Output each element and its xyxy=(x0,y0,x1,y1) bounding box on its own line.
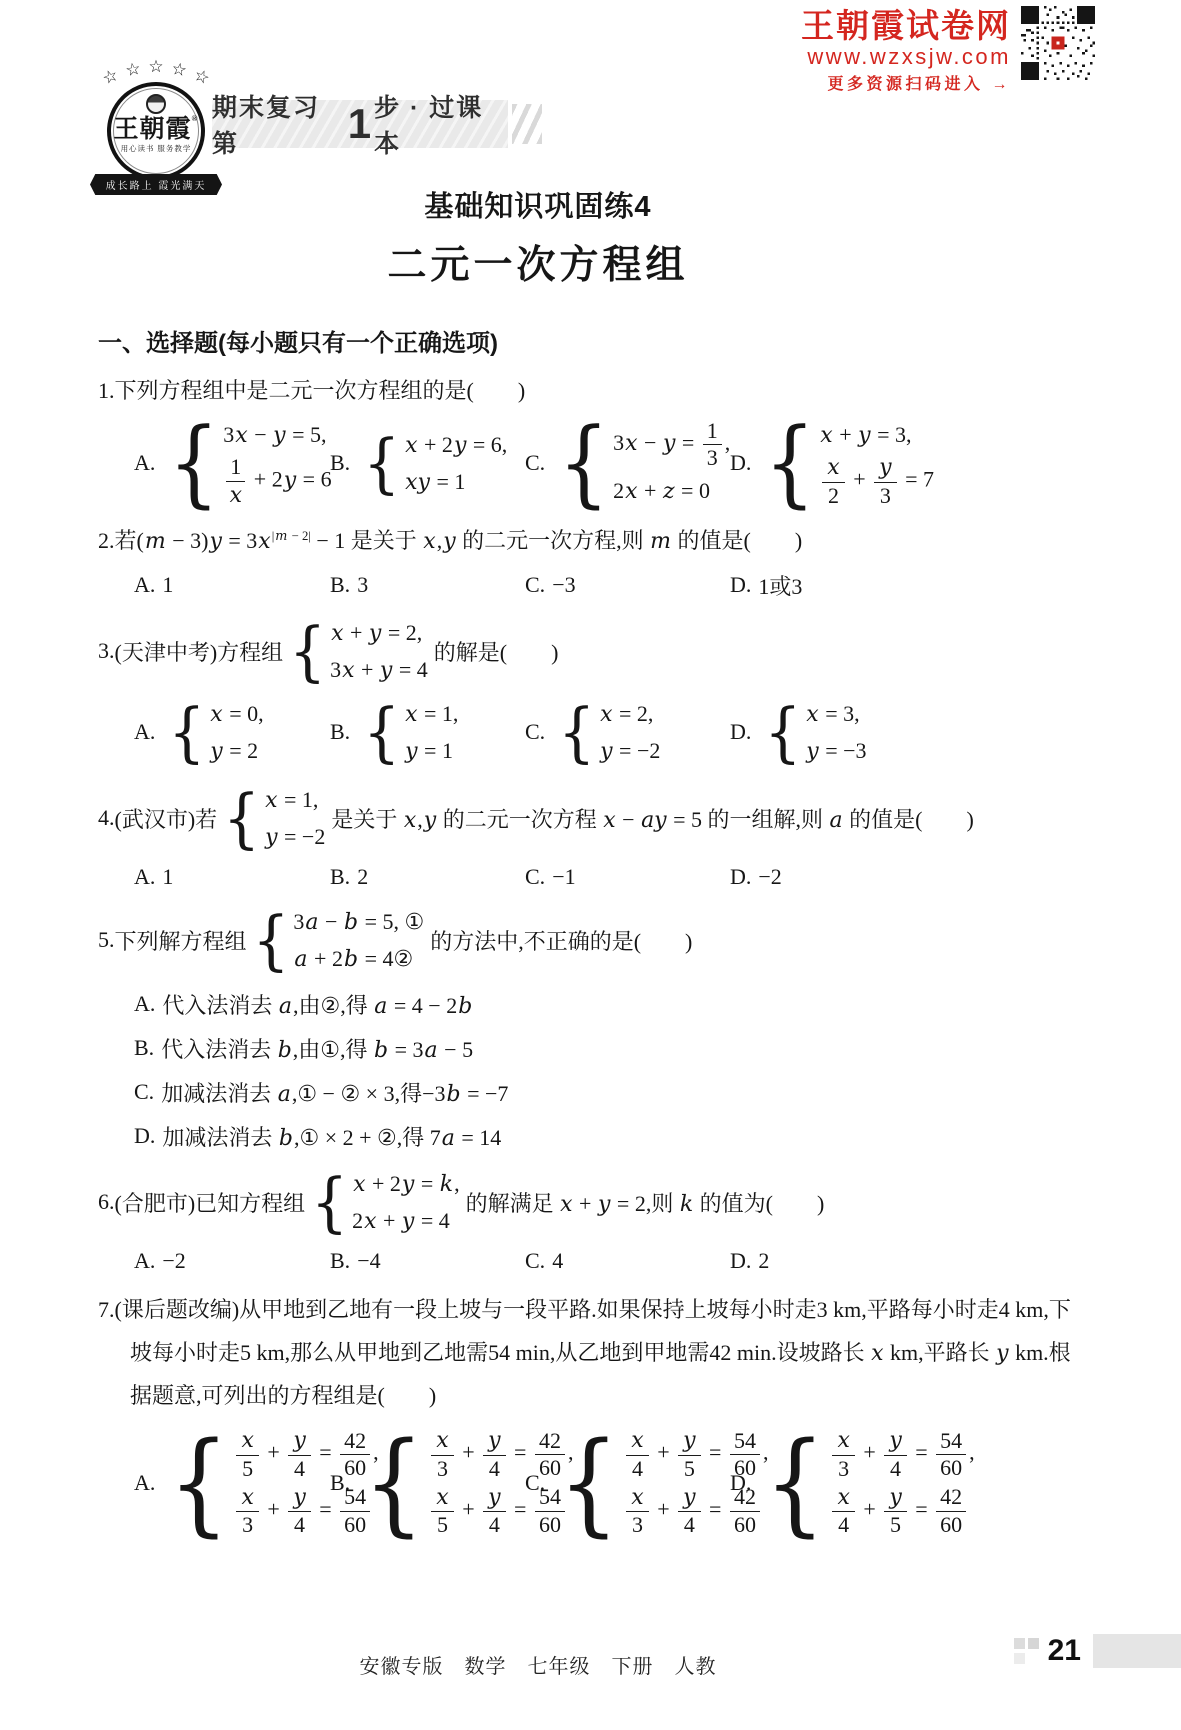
star-icon: ☆ xyxy=(169,60,188,86)
equation-system: {x = 1,y = 1 xyxy=(363,697,458,768)
system-rows: x = 2,y = −2 xyxy=(599,697,660,768)
question-6-options: A.−2 B.−4 C.4 D.2 xyxy=(134,1248,1084,1274)
system-rows: 3a − b = 5, ①a + 2b = 4② xyxy=(293,905,424,976)
question-7-stem: 7.(课后题改编)从甲地到乙地有一段上坡与一段平路.如果保持上坡每小时走3 km… xyxy=(98,1289,1084,1419)
page-title: 二元一次方程组 xyxy=(98,234,978,290)
system-rows: x = 1,y = 1 xyxy=(404,697,458,768)
option-label: C. xyxy=(525,1470,545,1496)
brand-logo: ☆☆☆☆☆ 王朝霞® 用心读书 服务教学 成长路上 霞光满天 xyxy=(88,58,224,195)
option-B: B.代入法消去 b,由①,得 b = 3a − 5 xyxy=(134,1033,1084,1064)
brace-icon: { xyxy=(764,416,815,510)
option-text: −2 xyxy=(162,1248,185,1274)
option-text: −4 xyxy=(357,1248,380,1274)
option-text: −3 xyxy=(552,572,575,598)
option-label: C. xyxy=(525,1248,545,1274)
question-text: 下列方程组中是二元一次方程组的是( ) xyxy=(115,378,526,403)
option-A: A.代入法消去 a,由②,得 a = 4 − 2b xyxy=(134,989,1084,1020)
option-text: −2 xyxy=(758,864,781,890)
star-icon: ☆ xyxy=(100,66,123,94)
equation-system: {x + y = 3,x2 + y3 = 7 xyxy=(764,418,934,508)
question-6: 6. (合肥市)已知方程组 {x + 2y = k,2x + y = 4 的解满… xyxy=(98,1167,1084,1274)
option-label: C. xyxy=(525,572,545,598)
option-label: B. xyxy=(330,864,350,890)
page-number: 21 xyxy=(1048,1634,1081,1668)
system-rows: 3x − y = 5,1x + 2y = 6 xyxy=(223,418,331,508)
option-C: C.4 xyxy=(525,1248,730,1274)
band-stripes-decoration xyxy=(512,104,542,144)
question-2: 2.若(m − 3)y = 3x|m − 2| − 1 是关于 x,y 的二元一… xyxy=(98,523,1084,600)
question-3-stem: 3. (天津中考)方程组 {x + y = 2,3x + y = 4 的解是( … xyxy=(98,616,1084,687)
option-label: A. xyxy=(134,1470,155,1496)
system-rows: x = 1,y = −2 xyxy=(264,783,325,854)
option-B: B.−4 xyxy=(330,1248,525,1274)
logo-ribbon: 成长路上 霞光满天 xyxy=(90,174,222,195)
option-text: 代入法消去 a,由②,得 a = 4 − 2b xyxy=(162,989,473,1020)
option-label: D. xyxy=(730,572,751,598)
option-text: 1或3 xyxy=(758,570,802,601)
question-number: 7. xyxy=(98,1297,115,1322)
question-1: 1.下列方程组中是二元一次方程组的是( ) A.{3x − y = 5,1x +… xyxy=(98,373,1084,508)
option-C: C.{x4 + y5 = 5460,x3 + y4 = 4260 xyxy=(525,1428,730,1538)
worksheet-page: { "header": { "site_name": "王朝霞试卷网", "si… xyxy=(0,0,1181,1730)
option-label: D. xyxy=(134,1123,155,1149)
question-text: 若(m − 3)y = 3x|m − 2| − 1 是关于 x,y 的二元一次方… xyxy=(115,528,803,553)
logo-name: 王朝霞® xyxy=(111,114,201,145)
question-number: 5. xyxy=(98,927,115,953)
system-rows: x + y = 3,x2 + y3 = 7 xyxy=(819,418,934,508)
question-text: 是关于 x,y 的二元一次方程 x − ay = 5 的一组解,则 a 的值是(… xyxy=(331,803,1084,834)
option-label: C. xyxy=(525,864,545,890)
brace-icon: { xyxy=(363,431,400,496)
question-text: 的解满足 x + y = 2,则 k 的值为( ) xyxy=(466,1187,1084,1218)
logo-stars: ☆☆☆☆☆ xyxy=(88,58,224,82)
band-text-suffix: 步 · 过课本 xyxy=(374,88,508,160)
option-C: C.−3 xyxy=(525,572,730,598)
option-B: B.{x3 + y4 = 4260,x5 + y4 = 5460 xyxy=(330,1428,525,1538)
option-text: 代入法消去 b,由①,得 b = 3a − 5 xyxy=(161,1033,473,1064)
section-heading: 一、选择题(每小题只有一个正确选项) xyxy=(98,323,1084,358)
question-number: 4. xyxy=(98,805,115,831)
option-A: A.−2 xyxy=(134,1248,330,1274)
brace-icon: { xyxy=(363,700,400,765)
brace-icon: { xyxy=(289,619,326,684)
question-7-options: A.{x5 + y4 = 4260,x3 + y4 = 5460 B.{x3 +… xyxy=(134,1428,1084,1538)
option-label: C. xyxy=(525,450,545,476)
content-column: 基础知识巩固练4 二元一次方程组 一、选择题(每小题只有一个正确选项) 1.下列… xyxy=(98,184,1084,1538)
option-C: C.−1 xyxy=(525,864,730,890)
question-number: 3. xyxy=(98,638,115,664)
brace-icon: { xyxy=(363,1427,424,1538)
brace-icon: { xyxy=(253,908,290,973)
star-icon: ☆ xyxy=(189,66,212,94)
question-4: 4. (武汉市)若 {x = 1,y = −2 是关于 x,y 的二元一次方程 … xyxy=(98,783,1084,890)
brace-icon: { xyxy=(764,700,801,765)
equation-system: {3x − y = 5,1x + 2y = 6 xyxy=(168,418,331,508)
option-label: D. xyxy=(730,1248,751,1274)
option-label: C. xyxy=(134,1079,154,1105)
site-header: 王朝霞试卷网 www.wzxsjw.com 更多资源扫码进入 → xyxy=(801,8,1011,94)
brace-icon: { xyxy=(168,416,219,510)
question-text: 的解是( ) xyxy=(434,636,1084,667)
option-B: B.2 xyxy=(330,864,525,890)
star-icon: ☆ xyxy=(148,58,163,82)
question-3: 3. (天津中考)方程组 {x + y = 2,3x + y = 4 的解是( … xyxy=(98,616,1084,768)
option-C: C.{3x − y = 13,2x + z = 0 xyxy=(525,419,730,508)
option-label: A. xyxy=(134,572,155,598)
question-2-stem: 2.若(m − 3)y = 3x|m − 2| − 1 是关于 x,y 的二元一… xyxy=(98,523,1084,559)
option-D: D.{x = 3,y = −3 xyxy=(730,697,1084,768)
question-text: (合肥市)已知方程组 xyxy=(115,1187,306,1218)
question-5-options: A.代入法消去 a,由②,得 a = 4 − 2b B.代入法消去 b,由①,得… xyxy=(134,989,1084,1152)
site-name: 王朝霞试卷网 xyxy=(801,8,1011,44)
question-3-options: A.{x = 0,y = 2 B.{x = 1,y = 1 C.{x = 2,y… xyxy=(134,697,1084,768)
option-text: 2 xyxy=(357,864,368,890)
option-D: D.{x + y = 3,x2 + y3 = 7 xyxy=(730,418,1084,508)
question-4-stem: 4. (武汉市)若 {x = 1,y = −2 是关于 x,y 的二元一次方程 … xyxy=(98,783,1084,854)
brace-icon: { xyxy=(168,1427,229,1538)
band-text-prefix: 期末复习第 xyxy=(212,88,345,160)
question-number: 2. xyxy=(98,528,115,553)
footer-meta: 安徽专版 数学 七年级 下册 人教 xyxy=(98,1650,978,1679)
star-icon: ☆ xyxy=(124,60,143,86)
option-B: B.3 xyxy=(330,572,525,598)
option-label: B. xyxy=(330,1248,350,1274)
system-rows: x + y = 2,3x + y = 4 xyxy=(330,616,428,687)
option-text: 加减法消去 b,① × 2 + ②,得 7a = 14 xyxy=(162,1121,501,1152)
equation-system: {x = 3,y = −3 xyxy=(764,697,866,768)
logo-tagline: 用心读书 服务教学 xyxy=(111,145,201,153)
question-text: (课后题改编)从甲地到乙地有一段上坡与一段平路.如果保持上坡每小时走3 km,平… xyxy=(115,1297,1071,1409)
system-rows: x3 + y4 = 5460,x4 + y5 = 4260 xyxy=(829,1428,974,1538)
question-7: 7.(课后题改编)从甲地到乙地有一段上坡与一段平路.如果保持上坡每小时走3 km… xyxy=(98,1289,1084,1538)
question-1-stem: 1.下列方程组中是二元一次方程组的是( ) xyxy=(98,373,1084,408)
question-text: (天津中考)方程组 xyxy=(115,636,284,667)
page-number-bar xyxy=(1093,1634,1181,1668)
brace-icon: { xyxy=(168,700,205,765)
option-label: A. xyxy=(134,1248,155,1274)
site-url: www.wzxsjw.com xyxy=(801,44,1011,69)
option-label: D. xyxy=(730,450,751,476)
option-text: 3 xyxy=(357,572,368,598)
option-B: B.{x = 1,y = 1 xyxy=(330,697,525,768)
option-label: D. xyxy=(730,719,751,745)
option-label: A. xyxy=(134,450,155,476)
system-rows: x = 3,y = −3 xyxy=(805,697,866,768)
option-text: 1 xyxy=(162,572,173,598)
portrait-icon xyxy=(146,94,166,114)
option-label: D. xyxy=(730,864,751,890)
qr-code-icon xyxy=(1021,6,1095,80)
option-A: A.{x = 0,y = 2 xyxy=(134,697,330,768)
page-number-block: 21 xyxy=(1014,1634,1181,1668)
registered-mark: ® xyxy=(192,114,199,123)
system-rows: 3x − y = 13,2x + z = 0 xyxy=(613,419,730,508)
option-text: 4 xyxy=(552,1248,563,1274)
option-label: D. xyxy=(730,1470,751,1496)
equation-system: {x = 0,y = 2 xyxy=(168,697,263,768)
header-band: 期末复习第 1 步 · 过课本 xyxy=(212,100,508,148)
system-rows: x + 2y = 6,xy = 1 xyxy=(404,428,507,499)
option-text: 2 xyxy=(758,1248,769,1274)
question-text: 下列解方程组 xyxy=(115,925,247,956)
worksheet-subtitle: 基础知识巩固练4 xyxy=(98,184,978,225)
question-5: 5. 下列解方程组 {3a − b = 5, ①a + 2b = 4② 的方法中… xyxy=(98,905,1084,1152)
option-text: 1 xyxy=(162,864,173,890)
system-rows: x + 2y = k,2x + y = 4 xyxy=(352,1167,460,1238)
option-text: 加减法消去 a,① − ② × 3,得−3b = −7 xyxy=(161,1077,508,1108)
option-A: A.1 xyxy=(134,864,330,890)
band-step-number: 1 xyxy=(348,103,371,145)
question-text: 的方法中,不正确的是( ) xyxy=(430,925,1084,956)
option-A: A.{3x − y = 5,1x + 2y = 6 xyxy=(134,418,330,508)
option-A: A.1 xyxy=(134,572,330,598)
question-1-options: A.{3x − y = 5,1x + 2y = 6 B.{x + 2y = 6,… xyxy=(134,418,1084,508)
system-rows: x = 0,y = 2 xyxy=(209,697,263,768)
equation-system: {3x − y = 13,2x + z = 0 xyxy=(558,419,730,508)
qr-hint-text: 更多资源扫码进入 → xyxy=(801,71,1011,94)
page-number-decoration xyxy=(1014,1638,1041,1665)
option-label: A. xyxy=(134,864,155,890)
option-label: B. xyxy=(330,450,350,476)
equation-system: {x + 2y = k,2x + y = 4 xyxy=(311,1167,459,1238)
logo-seal: 王朝霞® 用心读书 服务教学 xyxy=(107,82,205,180)
equation-system: {x = 2,y = −2 xyxy=(558,697,660,768)
option-C: C.加减法消去 a,① − ② × 3,得−3b = −7 xyxy=(134,1077,1084,1108)
option-D: D.−2 xyxy=(730,864,1084,890)
equation-system: {x + 2y = 6,xy = 1 xyxy=(363,428,507,499)
question-6-stem: 6. (合肥市)已知方程组 {x + 2y = k,2x + y = 4 的解满… xyxy=(98,1167,1084,1238)
question-number: 1. xyxy=(98,378,115,403)
brace-icon: { xyxy=(558,1427,619,1538)
option-label: B. xyxy=(134,1035,154,1061)
equation-system: {x3 + y4 = 5460,x4 + y5 = 4260 xyxy=(764,1428,974,1538)
option-D: D.2 xyxy=(730,1248,1084,1274)
question-2-options: A.1 B.3 C.−3 D.1或3 xyxy=(134,570,1084,601)
option-label: A. xyxy=(134,719,155,745)
option-text: −1 xyxy=(552,864,575,890)
brace-icon: { xyxy=(558,416,609,510)
brace-icon: { xyxy=(223,786,260,851)
option-label: B. xyxy=(330,572,350,598)
option-label: B. xyxy=(330,719,350,745)
option-D: D.加减法消去 b,① × 2 + ②,得 7a = 14 xyxy=(134,1121,1084,1152)
option-label: C. xyxy=(525,719,545,745)
option-D: D.1或3 xyxy=(730,570,1084,601)
brace-icon: { xyxy=(311,1170,348,1235)
question-text: (武汉市)若 xyxy=(115,803,218,834)
option-D: D.{x3 + y4 = 5460,x4 + y5 = 4260 xyxy=(730,1428,1084,1538)
option-label: B. xyxy=(330,1470,350,1496)
option-B: B.{x + 2y = 6,xy = 1 xyxy=(330,428,525,499)
question-5-stem: 5. 下列解方程组 {3a − b = 5, ①a + 2b = 4② 的方法中… xyxy=(98,905,1084,976)
brace-icon: { xyxy=(764,1427,825,1538)
option-C: C.{x = 2,y = −2 xyxy=(525,697,730,768)
equation-system: {3a − b = 5, ①a + 2b = 4② xyxy=(253,905,425,976)
option-A: A.{x5 + y4 = 4260,x3 + y4 = 5460 xyxy=(134,1428,330,1538)
brace-icon: { xyxy=(558,700,595,765)
question-number: 6. xyxy=(98,1189,115,1215)
equation-system: {x + y = 2,3x + y = 4 xyxy=(289,616,428,687)
option-label: A. xyxy=(134,991,155,1017)
equation-system: {x = 1,y = −2 xyxy=(223,783,325,854)
question-4-options: A.1 B.2 C.−1 D.−2 xyxy=(134,864,1084,890)
